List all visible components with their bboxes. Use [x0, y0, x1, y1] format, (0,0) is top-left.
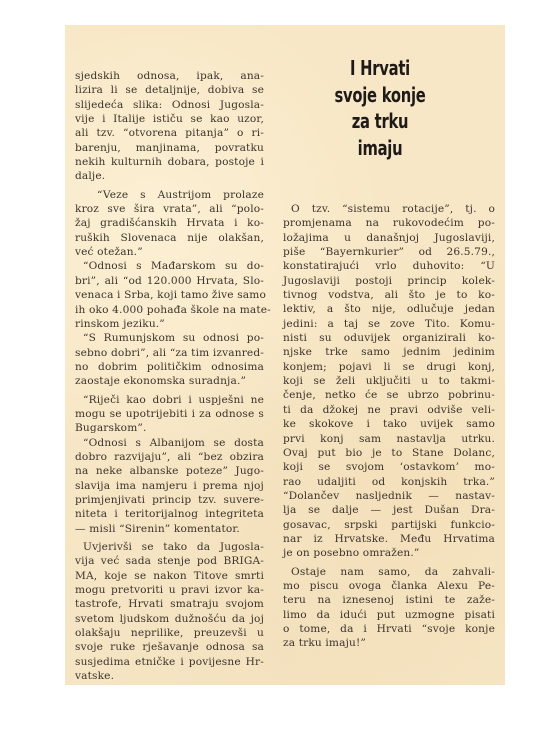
- text-line: “Riječi kao dobri i uspješni ne: [75, 393, 264, 407]
- text-line: sebno dobri”, ali “za tim izvanred-: [75, 346, 264, 360]
- text-line: nekih kulturnih dobara, postoje i: [75, 155, 264, 169]
- text-line: bri”, ali “od 120.000 Hrvata, Slo-: [75, 274, 264, 288]
- text-line: lektiv, a što nije, odlučuje jedan: [283, 302, 495, 316]
- text-line: olakšaju neprilike, preuzevši u: [75, 626, 264, 640]
- text-line: jedini: a taj se zove Tito. Komu-: [283, 317, 495, 331]
- text-line: promjenama na rukovodećim po-: [283, 216, 495, 230]
- title-line: svoje konje: [314, 82, 445, 109]
- text-line: tivnog vodstva, ali što je to ko-: [283, 288, 495, 302]
- text-line: rinskom jeziku.”: [75, 317, 264, 331]
- title-line: za trku: [314, 108, 445, 135]
- left-text-column: sjedskih odnosa, ipak, ana-lizira li se …: [75, 69, 264, 683]
- text-line: “Dolančev nasljednik — nastav-: [283, 489, 495, 503]
- text-line: nar iz Hrvatske. Među Hrvatima: [283, 532, 495, 546]
- text-line: čenje, netko će se ubrzo pobrinu-: [283, 388, 495, 402]
- text-line: Ovaj put bio je to Stane Dolanc,: [283, 446, 495, 460]
- text-line: nisti su oduvijek organizirali ko-: [283, 331, 495, 345]
- text-line: ruških Slovenaca nije olakšan,: [75, 231, 264, 245]
- text-line: svoje ruke rješavanje odnosa sa: [75, 640, 264, 654]
- text-line: koji se svojom ‘ostavkom’ mo-: [283, 460, 495, 474]
- text-line: primjenjivati princip tzv. suvere-: [75, 493, 264, 507]
- text-line: slavija ima namjeru i prema njoj: [75, 479, 264, 493]
- text-line: zaostaje ekonomska suradnja.”: [75, 374, 264, 388]
- text-line: mo piscu ovoga članka Alexu Pe-: [283, 579, 495, 593]
- text-line: tastrofe, Hrvati smatraju svojom: [75, 597, 264, 611]
- text-line: barenju, manjinama, povratku: [75, 141, 264, 155]
- text-line: “Odnosi s Mađarskom su do-: [75, 259, 264, 273]
- text-line: gosavac, srpski partijski funkcio-: [283, 518, 495, 532]
- text-line: vije i Italije ističu se kao uzor,: [75, 112, 264, 126]
- text-line: rao udaljiti od konjskih trka.”: [283, 475, 495, 489]
- text-line: već otežan.”: [75, 245, 264, 259]
- text-line: “Odnosi s Albanijom se dosta: [75, 436, 264, 450]
- text-line: O tzv. “sistemu rotacije”, tj. o: [283, 202, 495, 216]
- text-line: limo da idući put uzmogne pisati: [283, 608, 495, 622]
- text-line: ke skokove i tako uvijek samo: [283, 417, 495, 431]
- text-line: venaca i Srba, koji tamo žive samo: [75, 288, 264, 302]
- text-line: ti da džokej ne pravi odviše veli-: [283, 403, 495, 417]
- text-line: žaj gradišćanskih Hrvata i ko-: [75, 216, 264, 230]
- text-line: ložajima u današnjoj Jugoslaviji,: [283, 231, 495, 245]
- text-line: susjedima etničke i povijesne Hr-: [75, 655, 264, 669]
- text-line: ih oko 4.000 pohađa škole na mate-: [75, 303, 264, 317]
- right-text-column: O tzv. “sistemu rotacije”, tj. opromjena…: [283, 202, 495, 651]
- title-line: I Hrvati: [314, 55, 445, 82]
- text-line: Jugoslaviji postoji princip kolek-: [283, 274, 495, 288]
- text-line: dobro razvijaju”, ali “bez obzira: [75, 450, 264, 464]
- text-line: konjem; pojavi li se drugi konj,: [283, 360, 495, 374]
- text-line: slijedeća slika: Odnosi Jugosla-: [75, 98, 264, 112]
- text-line: — misli “Sirenin” komentator.: [75, 522, 264, 536]
- text-line: svetom ljudskom dužnošću da joj: [75, 612, 264, 626]
- text-line: no dobrim političkim odnosima: [75, 360, 264, 374]
- text-line: niteta i teritorijalnog integriteta: [75, 507, 264, 521]
- text-line: je on posebno omražen.”: [283, 546, 495, 560]
- text-line: Uvjerivši se tako da Jugosla-: [75, 540, 264, 554]
- text-line: “S Rumunjskom su odnosi po-: [75, 331, 264, 345]
- text-line: piše “Bayernkurier” od 26.5.79.,: [283, 245, 495, 259]
- text-line: za trku imaju!”: [283, 636, 495, 650]
- text-line: “Veze s Austrijom prolaze: [75, 188, 264, 202]
- text-line: o tome, da i Hrvati “svoje konje: [283, 622, 495, 636]
- text-line: mogu pretvoriti u pravi izvor ka-: [75, 583, 264, 597]
- text-line: kroz sve šira vrata”, ali “polo-: [75, 202, 264, 216]
- text-line: konstatirajući vrlo duhovito: “U: [283, 259, 495, 273]
- text-line: sjedskih odnosa, ipak, ana-: [75, 69, 264, 83]
- text-line: lja se dalje — jest Dušan Dra-: [283, 503, 495, 517]
- text-line: vatske.: [75, 669, 264, 683]
- title-line: imaju: [314, 135, 445, 162]
- text-line: mogu se upotrijebiti i za odnose s: [75, 407, 264, 421]
- text-line: dalje.: [75, 169, 264, 183]
- text-line: njske trke samo jednim jedinim: [283, 345, 495, 359]
- text-line: koji se želi uključiti u to takmi-: [283, 374, 495, 388]
- text-line: Ostaje nam samo, da zahvali-: [283, 565, 495, 579]
- text-line: lizira li se detaljnije, dobiva se: [75, 83, 264, 97]
- text-line: ali tzv. “otvorena pitanja” o ri-: [75, 126, 264, 140]
- text-line: teru na iznesenoj istini te zaže-: [283, 593, 495, 607]
- article-title: I Hrvati svoje konje za trku imaju: [300, 55, 460, 161]
- text-line: vija već sada stenje pod BRIGA-: [75, 554, 264, 568]
- text-line: Bugarskom”.: [75, 421, 264, 435]
- text-line: prvi konj sam nastavlja utrku.: [283, 432, 495, 446]
- text-line: MA, koje se nakon Titove smrti: [75, 569, 264, 583]
- text-line: na neke albanske poteze” Jugo-: [75, 464, 264, 478]
